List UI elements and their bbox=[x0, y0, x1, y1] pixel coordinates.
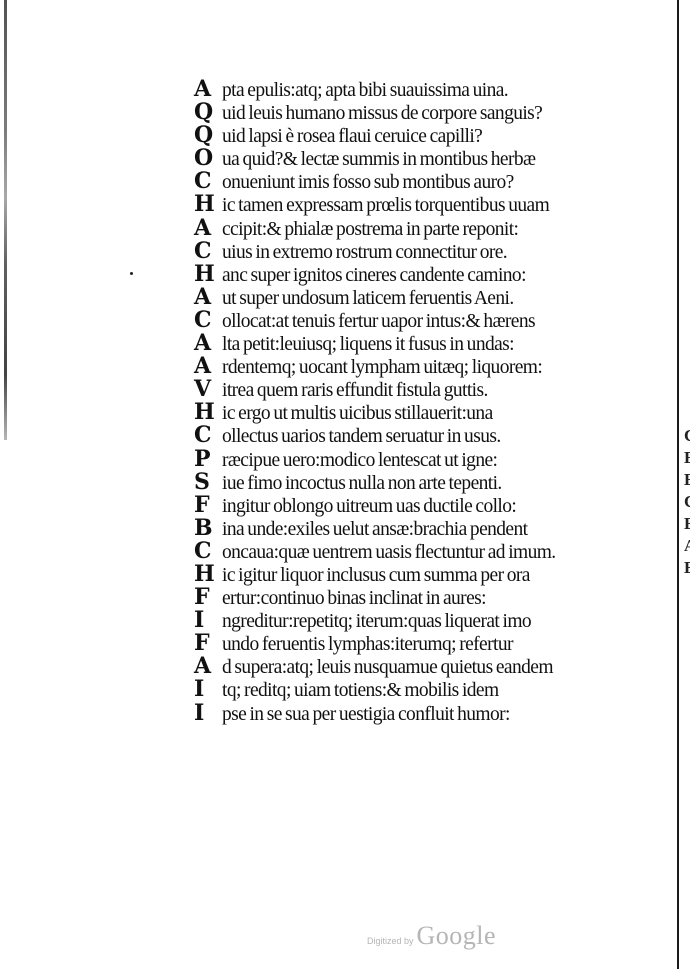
adjacent-initial: A bbox=[684, 535, 690, 557]
verse-line: Siue fimo incoctus nulla non arte tepent… bbox=[194, 471, 664, 494]
verse-initial: C bbox=[194, 424, 222, 447]
verse-text: ic ergo ut multis uicibus stillauerit:un… bbox=[222, 402, 493, 425]
adjacent-initial: E bbox=[684, 469, 690, 491]
verse-line: Præcipue uero:modico lentescat ut igne: bbox=[194, 448, 664, 471]
adjacent-initial: C bbox=[684, 491, 690, 513]
verse-line: Hic tamen expressam prœlis torquentibus … bbox=[194, 193, 664, 216]
verse-initial: B bbox=[194, 517, 222, 540]
verse-initial: V bbox=[194, 378, 222, 401]
verse-line: Accipit:& phialæ postrema in parte repon… bbox=[194, 217, 664, 240]
verse-text: ræcipue uero:modico lentescat ut igne: bbox=[222, 449, 497, 472]
adjacent-initial: E bbox=[684, 447, 690, 469]
verse-line: Vitrea quem raris effundit fistula gutti… bbox=[194, 378, 664, 401]
verse-initial: A bbox=[194, 286, 222, 309]
verse-text: ccipit:& phialæ postrema in parte reponi… bbox=[222, 218, 518, 241]
verse-line: Ipse in se sua per uestigia confluit hum… bbox=[194, 702, 664, 725]
verse-initial: P bbox=[194, 448, 222, 471]
verse-initial: H bbox=[194, 193, 222, 216]
verse-text: ina unde:exiles uelut ansæ:brachia pende… bbox=[222, 518, 527, 541]
adjacent-initial: C bbox=[684, 425, 690, 447]
verse-text: ollectus uarios tandem seruatur in usus. bbox=[222, 425, 501, 448]
verse-line: Ad supera:atq; leuis nusquamue quietus e… bbox=[194, 655, 664, 678]
verse-text: anc super ignitos cineres candente camin… bbox=[222, 264, 526, 287]
verse-line: Fertur:continuo binas inclinat in aures: bbox=[194, 586, 664, 609]
verse-initial: H bbox=[194, 563, 222, 586]
verse-initial: F bbox=[194, 494, 222, 517]
verse-line: Itq; reditq; uiam totiens:& mobilis idem bbox=[194, 678, 664, 701]
verse-text: iue fimo incoctus nulla non arte tepenti… bbox=[222, 472, 502, 495]
verse-line: Ardentemq; uocant lympham uitæq; liquore… bbox=[194, 355, 664, 378]
verse-text: ingitur oblongo uitreum uas ductile coll… bbox=[222, 495, 516, 518]
ink-speck bbox=[130, 272, 133, 275]
verse-line: Quid lapsi è rosea flaui ceruice capilli… bbox=[194, 124, 664, 147]
verse-line: Concaua:quæ uentrem uasis flectuntur ad … bbox=[194, 540, 664, 563]
left-page-edge bbox=[4, 0, 7, 440]
verse-line: Hic ergo ut multis uicibus stillauerit:u… bbox=[194, 401, 664, 424]
verse-text: ic igitur liquor inclusus cum summa per … bbox=[222, 564, 530, 587]
verse-text: lta petit:leuiusq; liquens it fusus in u… bbox=[222, 333, 514, 356]
verse-text: pta epulis:atq; apta bibi suauissima uin… bbox=[222, 79, 508, 102]
verse-text: rdentemq; uocant lympham uitæq; liquorem… bbox=[222, 356, 542, 379]
verse-text: uid leuis humano missus de corpore sangu… bbox=[222, 102, 542, 125]
verse-initial: O bbox=[194, 147, 222, 170]
verse-text: undo feruentis lymphas:iterumq; refertur bbox=[222, 633, 513, 656]
verse-text: ut super undosum laticem feruentis Aeni. bbox=[222, 287, 514, 310]
verse-initial: H bbox=[194, 401, 222, 424]
verse-text: d supera:atq; leuis nusquamue quietus ea… bbox=[222, 656, 553, 679]
verse-line: Hanc super ignitos cineres candente cami… bbox=[194, 263, 664, 286]
verse-initial: C bbox=[194, 240, 222, 263]
page-gutter-fold bbox=[677, 0, 679, 969]
verse-text: ic tamen expressam prœlis torquentibus u… bbox=[222, 194, 549, 217]
verse-initial: Q bbox=[194, 101, 222, 124]
verse-initial: F bbox=[194, 632, 222, 655]
verse-initial: C bbox=[194, 540, 222, 563]
google-logo-text: Google bbox=[417, 921, 497, 951]
verse-initial: A bbox=[194, 355, 222, 378]
verse-initial: I bbox=[194, 702, 222, 725]
verse-initial: I bbox=[194, 609, 222, 632]
adjacent-initial: E bbox=[684, 557, 690, 579]
verse-text: uius in extremo rostrum connectitur ore. bbox=[222, 241, 507, 264]
adjacent-initial: E bbox=[684, 513, 690, 535]
verse-text: uid lapsi è rosea flaui ceruice capilli? bbox=[222, 125, 482, 148]
verse-text: ertur:continuo binas inclinat in aures: bbox=[222, 587, 486, 610]
verse-line: Oua quid?& lectæ summis in montibus herb… bbox=[194, 147, 664, 170]
verse-line: Hic igitur liquor inclusus cum summa per… bbox=[194, 563, 664, 586]
verse-text: onueniunt imis fosso sub montibus auro? bbox=[222, 171, 514, 194]
verse-line: Conueniunt imis fosso sub montibus auro? bbox=[194, 170, 664, 193]
adjacent-page-initials: C E E C E A E bbox=[684, 425, 690, 579]
verse-initial: A bbox=[194, 332, 222, 355]
watermark-prefix: Digitized by bbox=[367, 936, 414, 946]
verse-block: Apta epulis:atq; apta bibi suauissima ui… bbox=[194, 78, 664, 725]
verse-initial: A bbox=[194, 655, 222, 678]
verse-line: Collocat:at tenuis fertur uapor intus:& … bbox=[194, 309, 664, 332]
verse-line: Ingreditur:repetitq; iterum:quas liquera… bbox=[194, 609, 664, 632]
verse-text: itrea quem raris effundit fistula guttis… bbox=[222, 379, 488, 402]
verse-initial: I bbox=[194, 678, 222, 701]
verse-line: Cuius in extremo rostrum connectitur ore… bbox=[194, 240, 664, 263]
verse-line: Apta epulis:atq; apta bibi suauissima ui… bbox=[194, 78, 664, 101]
verse-text: pse in se sua per uestigia confluit humo… bbox=[222, 703, 510, 726]
verse-initial: C bbox=[194, 309, 222, 332]
verse-text: ollocat:at tenuis fertur uapor intus:& h… bbox=[222, 310, 535, 333]
verse-text: tq; reditq; uiam totiens:& mobilis idem bbox=[222, 679, 499, 702]
verse-initial: A bbox=[194, 217, 222, 240]
verse-line: Quid leuis humano missus de corpore sang… bbox=[194, 101, 664, 124]
verse-initial: H bbox=[194, 263, 222, 286]
digitization-watermark: Digitized by Google bbox=[367, 921, 496, 951]
verse-initial: S bbox=[194, 471, 222, 494]
verse-initial: F bbox=[194, 586, 222, 609]
verse-line: Aut super undosum laticem feruentis Aeni… bbox=[194, 286, 664, 309]
scanned-book-page: C E E C E A E Apta epulis:atq; apta bibi… bbox=[0, 0, 690, 969]
verse-text: ngreditur:repetitq; iterum:quas liquerat… bbox=[222, 610, 531, 633]
verse-initial: A bbox=[194, 78, 222, 101]
verse-line: Collectus uarios tandem seruatur in usus… bbox=[194, 424, 664, 447]
verse-line: Fundo feruentis lymphas:iterumq; refertu… bbox=[194, 632, 664, 655]
verse-text: ua quid?& lectæ summis in montibus herbæ bbox=[222, 148, 535, 171]
verse-line: Bina unde:exiles uelut ansæ:brachia pend… bbox=[194, 517, 664, 540]
verse-line: Alta petit:leuiusq; liquens it fusus in … bbox=[194, 332, 664, 355]
verse-initial: Q bbox=[194, 124, 222, 147]
verse-line: Fingitur oblongo uitreum uas ductile col… bbox=[194, 494, 664, 517]
verse-text: oncaua:quæ uentrem uasis flectuntur ad i… bbox=[222, 541, 556, 564]
verse-initial: C bbox=[194, 170, 222, 193]
